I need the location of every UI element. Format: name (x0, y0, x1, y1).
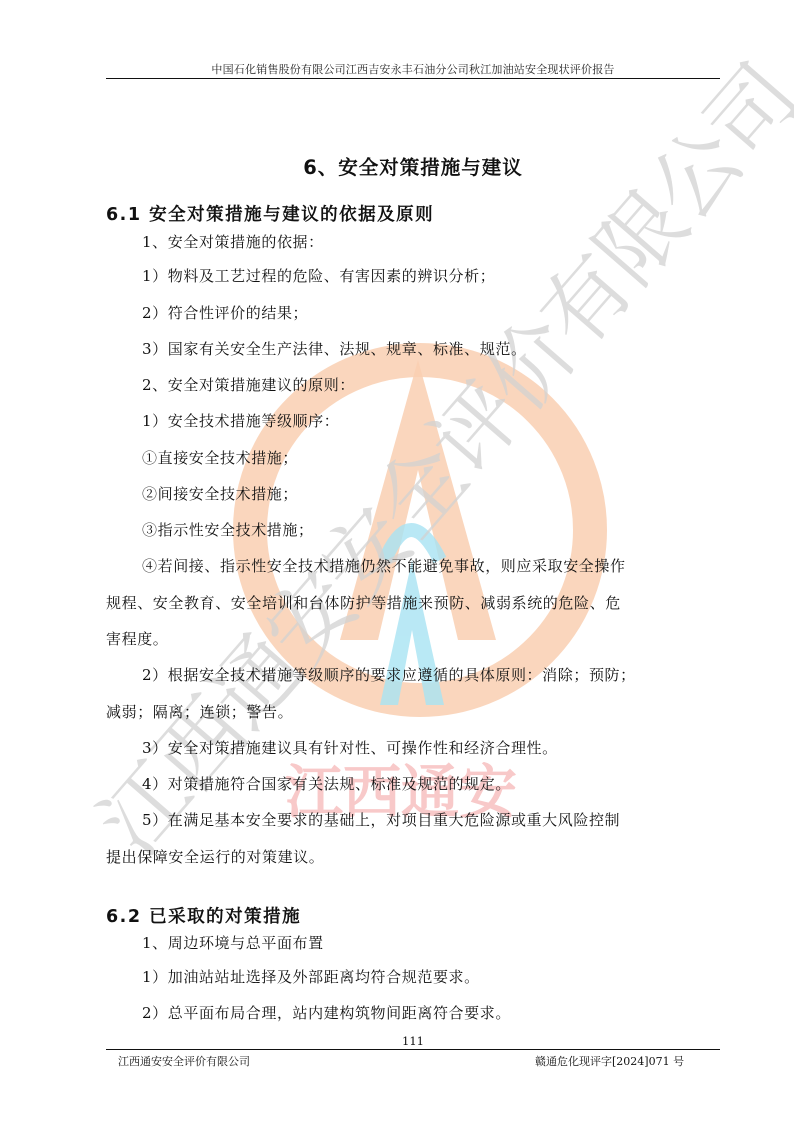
section-title-6-1: 6.1 安全对策措施与建议的依据及原则 (106, 201, 434, 226)
paragraph-line: 减弱；隔离；连锁；警告。 (106, 701, 293, 722)
page-header-title: 中国石化销售股份有限公司江西吉安永丰石油分公司秋江加油站安全现状评价报告 (106, 61, 720, 77)
paragraph-line: 1）物料及工艺过程的危险、有害因素的辨识分析； (142, 265, 495, 286)
paragraph-line: 1）加油站站址选择及外部距离均符合规范要求。 (142, 966, 480, 987)
paragraph-line: 2）符合性评价的结果； (142, 302, 308, 323)
paragraph-line: 提出保障安全运行的对策建议。 (106, 846, 324, 867)
footer-report-number: 赣通危化现评字[2024]071 号 (535, 1053, 684, 1069)
paragraph-line: ④若间接、指示性安全技术措施仍然不能避免事故，则应采取安全操作 (142, 555, 626, 576)
page-number: 111 (106, 1034, 720, 1048)
paragraph-line: 规程、安全教育、安全培训和台体防护等措施来预防、减弱系统的危险、危 (106, 592, 621, 613)
footer-company: 江西通安安全评价有限公司 (118, 1053, 250, 1069)
paragraph-line: 5）在满足基本安全要求的基础上，对项目重大危险源或重大风险控制 (142, 809, 620, 830)
section-title-6-2: 6.2 已采取的对策措施 (106, 903, 301, 928)
paragraph-line: 4）对策措施符合国家有关法规、标准及规范的规定。 (142, 773, 511, 794)
header-divider (106, 78, 720, 79)
paragraph-line: 3）安全对策措施建议具有针对性、可操作性和经济合理性。 (142, 737, 558, 758)
paragraph-line: ③指示性安全技术措施； (142, 519, 314, 540)
paragraph-line: 2）总平面布局合理，站内建构筑物间距离符合要求。 (142, 1002, 511, 1023)
footer-divider (106, 1049, 720, 1050)
paragraph-line: 1）安全技术措施等级顺序： (142, 410, 339, 431)
paragraph-line: 2、安全对策措施建议的原则： (142, 374, 355, 395)
paragraph-line: ①直接安全技术措施； (142, 447, 298, 468)
document-page: 江西通安 江西通安安全评价有限公司 中国石化销售股份有限公司江西吉安永丰石油分公… (0, 0, 794, 1123)
paragraph-line: 3）国家有关安全生产法律、法规、规章、标准、规范。 (142, 338, 527, 359)
paragraph-line: 2）根据安全技术措施等级顺序的要求应遵循的具体原则：消除；预防； (142, 664, 636, 685)
paragraph-line: 1、周边环境与总平面布置 (142, 932, 324, 953)
paragraph-line: 1、安全对策措施的依据： (142, 231, 324, 252)
chapter-title: 6、安全对策措施与建议 (106, 152, 720, 180)
paragraph-line: 害程度。 (106, 628, 168, 649)
paragraph-line: ②间接安全技术措施； (142, 483, 298, 504)
